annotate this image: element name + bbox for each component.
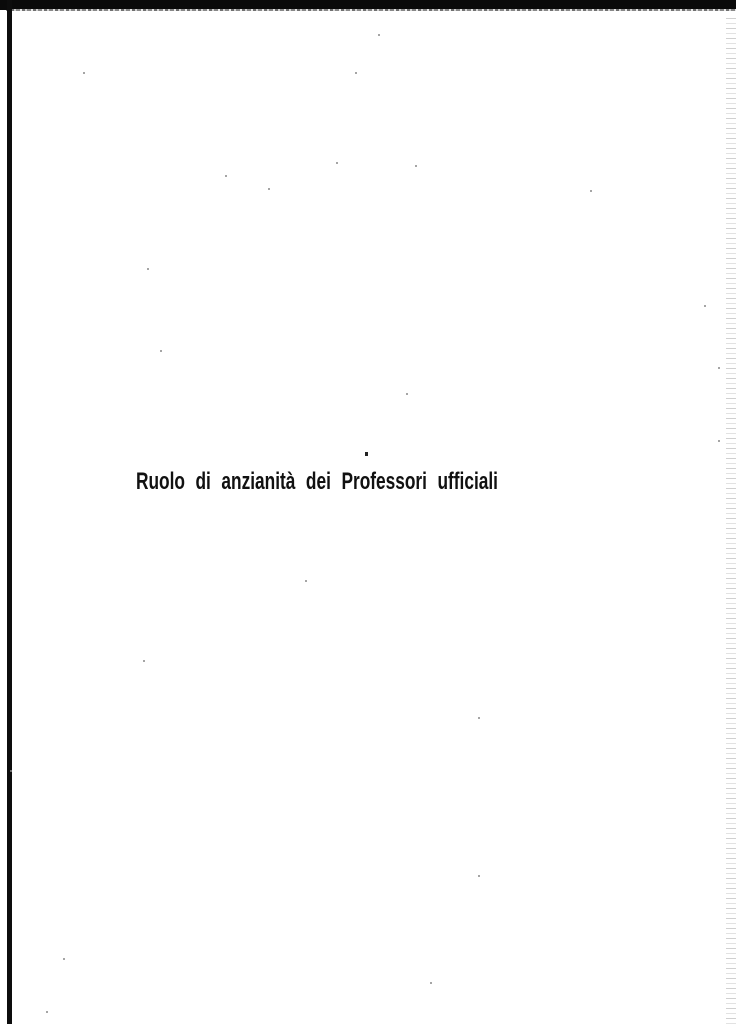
scan-speck — [305, 580, 307, 582]
scan-speck — [147, 268, 149, 270]
scan-left-margin — [0, 0, 6, 1024]
ink-dot — [365, 452, 368, 456]
scan-speck — [336, 162, 338, 164]
scan-right-border — [726, 14, 736, 1024]
scan-speck — [718, 440, 720, 442]
scan-speck — [160, 350, 162, 352]
scan-corner-mark — [0, 0, 7, 10]
scan-speck — [268, 188, 270, 190]
scan-speck — [478, 875, 480, 877]
scan-speck — [83, 72, 85, 74]
scan-left-border — [7, 0, 12, 1024]
scan-speck — [10, 770, 12, 772]
scan-speck — [430, 982, 432, 984]
scan-speck — [478, 717, 480, 719]
scan-speck — [46, 1011, 48, 1013]
page-title: Ruolo di anzianità dei Professori uffici… — [136, 466, 438, 498]
scan-speck — [378, 34, 380, 36]
scanned-page: Ruolo di anzianità dei Professori uffici… — [0, 0, 736, 1024]
scan-speck — [718, 367, 720, 369]
scan-speck — [225, 175, 227, 177]
scan-speck — [143, 660, 145, 662]
scan-speck — [63, 958, 65, 960]
scan-speck — [355, 72, 357, 74]
scan-speck — [590, 190, 592, 192]
scan-speck — [704, 305, 706, 307]
scan-top-border — [0, 0, 736, 9]
scan-speck — [406, 393, 408, 395]
scan-speck — [415, 165, 417, 167]
